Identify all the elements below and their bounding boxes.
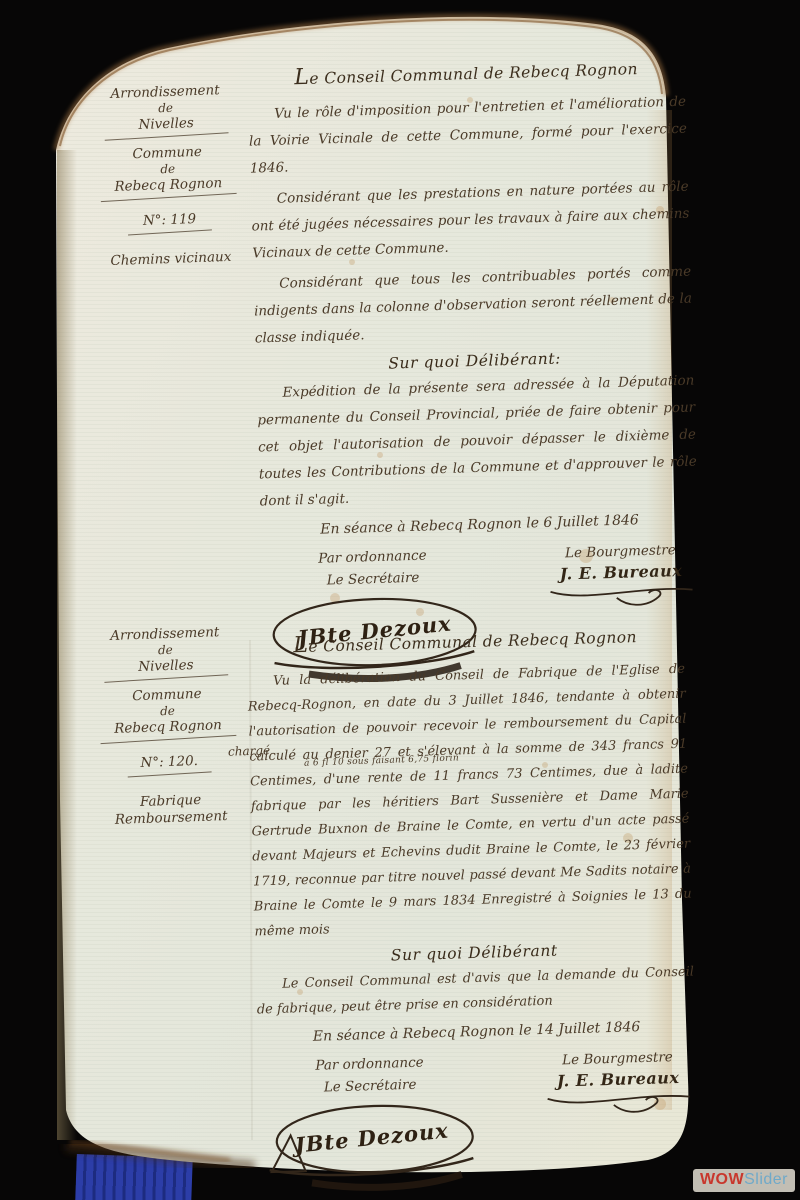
signature-row: Par ordonnance Le Secrétaire JBte Dezoux… <box>258 1043 700 1198</box>
watermark-slider: Slider <box>744 1171 788 1188</box>
margin-rule <box>128 771 212 777</box>
resolution-paragraph: Expédition de la présente sera adressée … <box>256 368 698 516</box>
section2-margin: Arrondissement de Nivelles Commune de Re… <box>83 623 254 830</box>
watermark-wow: WOW <box>700 1171 744 1188</box>
section2-body: Le Conseil Communal de Rebecq Rognon Vu … <box>246 622 701 1199</box>
section1-body: Le Conseil Communal de Rebecq Rognon Vu … <box>247 54 703 692</box>
paragraph: Considérant que tous les contribuables p… <box>253 259 693 353</box>
signature-flourish <box>543 1087 694 1121</box>
manuscript-photo: Arrondissement de Nivelles Commune de Re… <box>0 0 800 1200</box>
mayor-signature-block: Le Bourgmestre J. E. Bureaux <box>545 539 697 618</box>
margin-rule <box>128 229 212 235</box>
section1-margin: Arrondissement de Nivelles Commune de Re… <box>83 81 253 271</box>
secretary-signature: JBte Dezoux <box>264 1096 481 1198</box>
dateline: En séance à Rebecq Rognon le 14 Juillet … <box>257 1017 695 1046</box>
resolution-paragraph: Le Conseil Communal est d'avis que la de… <box>256 959 695 1022</box>
dateline: En séance à Rebecq Rognon le 6 Juillet 1… <box>260 510 698 539</box>
mayor-signature-block: Le Bourgmestre J. E. Bureaux <box>542 1046 694 1125</box>
paragraph: Vu la délibération du Conseil de Fabriqu… <box>247 657 693 945</box>
paragraph: Vu le rôle d'imposition pour l'entretien… <box>248 89 688 183</box>
signature-flourish <box>546 580 697 614</box>
secretary-signature-block: Par ordonnance Le Secrétaire JBte Dezoux <box>262 1050 480 1198</box>
wowslider-watermark: WOWSlider <box>693 1169 795 1192</box>
paragraph: Considérant que les prestations en natur… <box>250 174 690 268</box>
